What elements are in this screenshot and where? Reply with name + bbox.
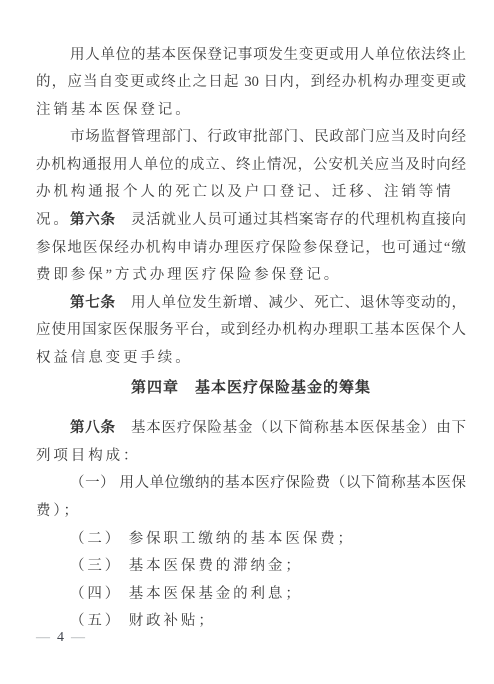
text-line: 办机构通报个人的死亡以及户口登记、迁移、注销等情况。 bbox=[36, 179, 466, 207]
chapter-heading: 第四章 基本医疗保险基金的筹集 bbox=[36, 380, 466, 397]
page-number: —4— bbox=[36, 630, 85, 646]
text-line: 第七条 用人单位发生新增、减少、死亡、退休等变动的， bbox=[36, 290, 466, 318]
text-line: 列项目构成： bbox=[36, 443, 466, 471]
text-line: 注销基本医保登记。 bbox=[36, 97, 466, 125]
text-line: 用人单位的基本医保登记事项发生变更或用人单位依法终止 bbox=[36, 42, 466, 70]
list-item: （三） 基本医保费的滞纳金； bbox=[36, 553, 466, 581]
article-number: 第八条 bbox=[70, 420, 116, 436]
list-item: （五） 财政补贴； bbox=[36, 608, 466, 636]
document-body: 用人单位的基本医保登记事项发生变更或用人单位依法终止 的，应当自变更或终止之日起… bbox=[36, 42, 466, 636]
text-line: 应使用国家医保服务平台，或到经办机构办理职工基本医保个人 bbox=[36, 317, 466, 345]
text-line: 参保地医保经办机构申请办理医疗保险参保登记，也可通过“缴 bbox=[36, 235, 466, 263]
text-line: 的，应当自变更或终止之日起 30 日内，到经办机构办理变更或 bbox=[36, 69, 466, 97]
article-text: 基本医疗保险基金（以下简称基本医保基金）由下 bbox=[116, 420, 466, 436]
article-text: 用人单位发生新增、减少、死亡、退休等变动的， bbox=[116, 295, 466, 311]
text-line: 第六条 灵活就业人员可通过其档案寄存的代理机构直接向 bbox=[36, 207, 466, 235]
text-line: 办机构通报用人单位的成立、终止情况，公安机关应当及时向经 bbox=[36, 152, 466, 180]
list-item: （二） 参保职工缴纳的基本医保费； bbox=[36, 526, 466, 554]
text-line: 权益信息变更手续。 bbox=[36, 345, 466, 373]
text-line: 第八条 基本医疗保险基金（以下简称基本医保基金）由下 bbox=[36, 415, 466, 443]
article-number: 第六条 bbox=[70, 212, 116, 228]
page-number-value: 4 bbox=[50, 630, 71, 645]
list-item: （一） 用人单位缴纳的基本医疗保险费（以下简称基本医保 bbox=[36, 470, 466, 498]
page-number-dash: — bbox=[36, 630, 50, 645]
text-line: 市场监督管理部门、行政审批部门、民政部门应当及时向经 bbox=[36, 124, 466, 152]
article-text: 灵活就业人员可通过其档案寄存的代理机构直接向 bbox=[116, 212, 466, 228]
page-number-dash: — bbox=[71, 630, 85, 645]
list-item: 费）； bbox=[36, 498, 466, 526]
document-page: 用人单位的基本医保登记事项发生变更或用人单位依法终止 的，应当自变更或终止之日起… bbox=[0, 0, 494, 684]
article-number: 第七条 bbox=[70, 295, 116, 311]
text-line: 费即参保”方式办理医疗保险参保登记。 bbox=[36, 262, 466, 290]
list-item: （四） 基本医保基金的利息； bbox=[36, 581, 466, 609]
